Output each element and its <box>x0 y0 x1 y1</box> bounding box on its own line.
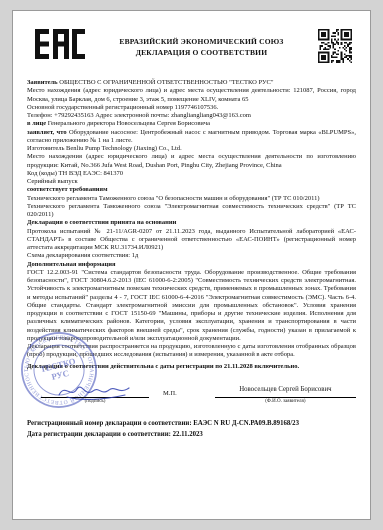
line-gost-standards: ГОСТ 12.2.003-91 "Система стандартов без… <box>27 269 356 343</box>
registration-footer: Регистрационный номер декларации о соотв… <box>27 418 356 441</box>
document-title: ЕВРАЗИЙСКИЙ ЭКОНОМИЧЕСКИЙ СОЮЗ ДЕКЛАРАЦИ… <box>85 29 318 59</box>
line-test-protocol: Протокола испытаний № 21-11/AGR-0207 от … <box>27 228 356 253</box>
line-manufacturer: Изготовитель Benliu Pump Technology (Jia… <box>27 145 356 153</box>
line-validity: Декларация о соответствии действительна … <box>27 363 356 371</box>
line-declares-product: заявляет, что Оборудование насосное: Цен… <box>27 129 356 146</box>
line-applies-to-production: Декларация соответствия распространяется… <box>27 343 356 360</box>
signature-scribble <box>55 381 133 401</box>
title-union: ЕВРАЗИЙСКИЙ ЭКОНОМИЧЕСКИЙ СОЮЗ <box>85 37 318 48</box>
signature-row: (подпись) М.П. Новосельцев Сергей Борисо… <box>27 376 356 406</box>
line-applicant-address: Место нахождения (адрес юридического лиц… <box>27 87 356 104</box>
declaration-document: ЕВРАЗИЙСКИЙ ЭКОНОМИЧЕСКИЙ СОЮЗ ДЕКЛАРАЦИ… <box>12 10 371 520</box>
line-tr-ts-010: Технического регламента Таможенного союз… <box>27 195 356 203</box>
registration-number-line: Регистрационный номер декларации о соотв… <box>27 418 356 430</box>
signature-area: (подпись) <box>41 385 149 406</box>
declarant-name-area: Новосельцев Сергей Борисович (Ф.И.О. зая… <box>215 386 356 405</box>
line-phone-email: Телефон: +79292435163 Адрес электронной … <box>27 112 356 120</box>
declarant-name-caption: (Ф.И.О. заявителя) <box>215 398 356 406</box>
registration-date-line: Дата регистрации декларации о соответств… <box>27 429 356 441</box>
line-serial-production: Серийный выпуск <box>27 178 356 186</box>
line-applicant: Заявитель ОБЩЕСТВО С ОГРАНИЧЕННОЙ ОТВЕТС… <box>27 79 356 87</box>
line-manufacturer-address: Место нахождения (адрес юридического лиц… <box>27 153 356 170</box>
title-declaration: ДЕКЛАРАЦИЯ О СООТВЕТСТВИИ <box>85 48 318 59</box>
seal-place-label: М.П. <box>163 390 177 397</box>
line-represented-by: в лице Генерального директора Новосельце… <box>27 120 356 128</box>
line-additional-info: Дополнительная информация <box>27 261 356 269</box>
line-tr-ts-020: Технического регламента Таможенного союз… <box>27 203 356 220</box>
qr-code-icon <box>318 29 352 63</box>
line-tnved-code: Код (коды) ТН ВЭД ЕАЭС: 841370 <box>27 170 356 178</box>
document-header: ЕВРАЗИЙСКИЙ ЭКОНОМИЧЕСКИЙ СОЮЗ ДЕКЛАРАЦИ… <box>27 29 356 63</box>
line-declaration-scheme: Схема декларирования соответствия: 1д <box>27 252 356 260</box>
line-adopted-basis: Декларация о соответствии принята на осн… <box>27 219 356 227</box>
eac-logo-icon <box>35 29 85 59</box>
declarant-name: Новосельцев Сергей Борисович <box>215 386 356 395</box>
line-meets-requirements: соответствует требованиям <box>27 186 356 194</box>
line-ogrn: Основной государственный регистрационный… <box>27 104 356 112</box>
signature-block: ОБЩЕСТВО С ОГРАНИЧЕННОЙ ОТВЕТСТВЕННОСТЬЮ… <box>27 376 356 406</box>
document-body: Заявитель ОБЩЕСТВО С ОГРАНИЧЕННОЙ ОТВЕТС… <box>27 79 356 371</box>
